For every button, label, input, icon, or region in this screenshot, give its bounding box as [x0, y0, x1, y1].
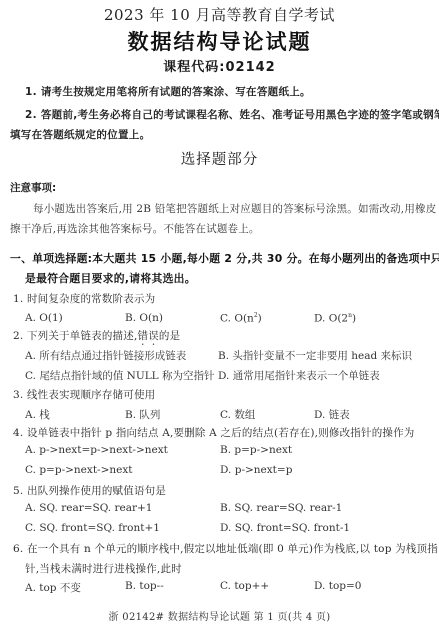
option-text: D. O(2 [314, 313, 348, 325]
question-5-option-a: A. SQ. rear=SQ. rear+1 [25, 502, 152, 514]
question-4-option-a: A. p->next=p->next->next [25, 444, 168, 456]
question-3-option-b: B. 队列 [125, 407, 160, 422]
question-6-option-d: D. top=0 [314, 580, 361, 592]
question-6-option-b: B. top-- [125, 580, 164, 592]
question-2-option-b: B. 头指针变量不一定非要用 head 来标识 [218, 348, 412, 363]
instruction-1: 1. 请考生按规定用笔将所有试题的答案涂、写在答题纸上。 [25, 84, 311, 99]
part-one-heading-cont: 是最符合题目要求的,请将其选出。 [25, 271, 196, 286]
exam-year: 2023 年 10 月高等教育自学考试 [0, 4, 439, 25]
question-2-stem: 2. 下列关于单链表的描述,错误的是 [13, 328, 180, 348]
question-4-option-b: B. p=p->next [220, 444, 292, 456]
option-text: ) [258, 313, 262, 325]
question-1-option-c: C. O(n2) [220, 312, 262, 325]
exam-title: 数据结构导论试题 [0, 26, 439, 56]
question-2-option-c: C. 尾结点指针域的值 NULL 称为空指针 [25, 368, 215, 383]
note-label: 注意事项: [10, 180, 56, 195]
question-2-option-a: A. 所有结点通过指针链接形成链表 [25, 348, 186, 363]
option-text: ) [352, 313, 356, 325]
note-line-1: 每小题选出答案后,用 2B 铅笔把答题纸上对应题目的答案标号涂黑。如需改动,用橡… [33, 201, 436, 216]
question-1-option-d: D. O(2n) [314, 312, 356, 325]
question-6-stem-cont: 针,当栈未满时进行进栈操作,此时 [25, 561, 182, 576]
question-3-stem: 3. 线性表实现顺序存储可使用 [13, 387, 155, 402]
instruction-2: 2. 答题前,考生务必将自己的考试课程名称、姓名、准考证号用黑色字迹的签字笔或钢… [25, 107, 439, 122]
option-text: C. O(n [220, 313, 254, 325]
emphasized-text: 错误 [138, 330, 159, 342]
question-3-option-d: D. 链表 [314, 407, 350, 422]
question-4-option-d: D. p->next=p [220, 464, 292, 476]
page-footer: 浙 02142# 数据结构导论试题 第 1 页(共 4 页) [0, 608, 439, 623]
section-title: 选择题部分 [0, 148, 439, 169]
part-one-heading: 一、单项选择题:本大题共 15 小题,每小题 2 分,共 30 分。在每小题列出… [10, 251, 439, 266]
question-1-option-b: B. O(n) [125, 312, 163, 324]
note-line-2: 擦干净后,再选涂其他答案标号。不能答在试题卷上。 [10, 221, 260, 236]
question-5-option-b: B. SQ. rear=SQ. rear-1 [220, 502, 342, 514]
question-5-stem: 5. 出队列操作使用的赋值语句是 [13, 483, 166, 498]
question-3-option-a: A. 栈 [25, 407, 50, 422]
instruction-2-cont: 填写在答题纸规定的位置上。 [10, 127, 150, 142]
question-5-option-c: C. SQ. front=SQ. front+1 [25, 522, 160, 534]
course-code: 课程代码:02142 [0, 56, 439, 75]
question-6-option-c: C. top++ [220, 580, 269, 592]
stem-text: 2. 下列关于单链表的描述, [13, 330, 138, 342]
question-2-option-d: D. 通常用尾指针来表示一个单链表 [218, 368, 380, 383]
question-1-stem: 1. 时间复杂度的常数阶表示为 [13, 291, 155, 306]
question-6-option-a: A. top 不变 [25, 580, 81, 595]
question-1-option-a: A. O(1) [25, 312, 63, 324]
question-6-stem: 6. 在一个具有 n 个单元的顺序栈中,假定以地址低端(即 0 单元)作为栈底,… [13, 541, 438, 556]
question-3-option-c: C. 数组 [220, 407, 255, 422]
question-4-option-c: C. p=p->next->next [25, 464, 133, 476]
stem-text: 的是 [159, 330, 180, 342]
question-5-option-d: D. SQ. front=SQ. front-1 [220, 522, 350, 534]
question-4-stem: 4. 设单链表中指针 p 指向结点 A,要删除 A 之后的结点(若存在),则修改… [13, 425, 415, 440]
